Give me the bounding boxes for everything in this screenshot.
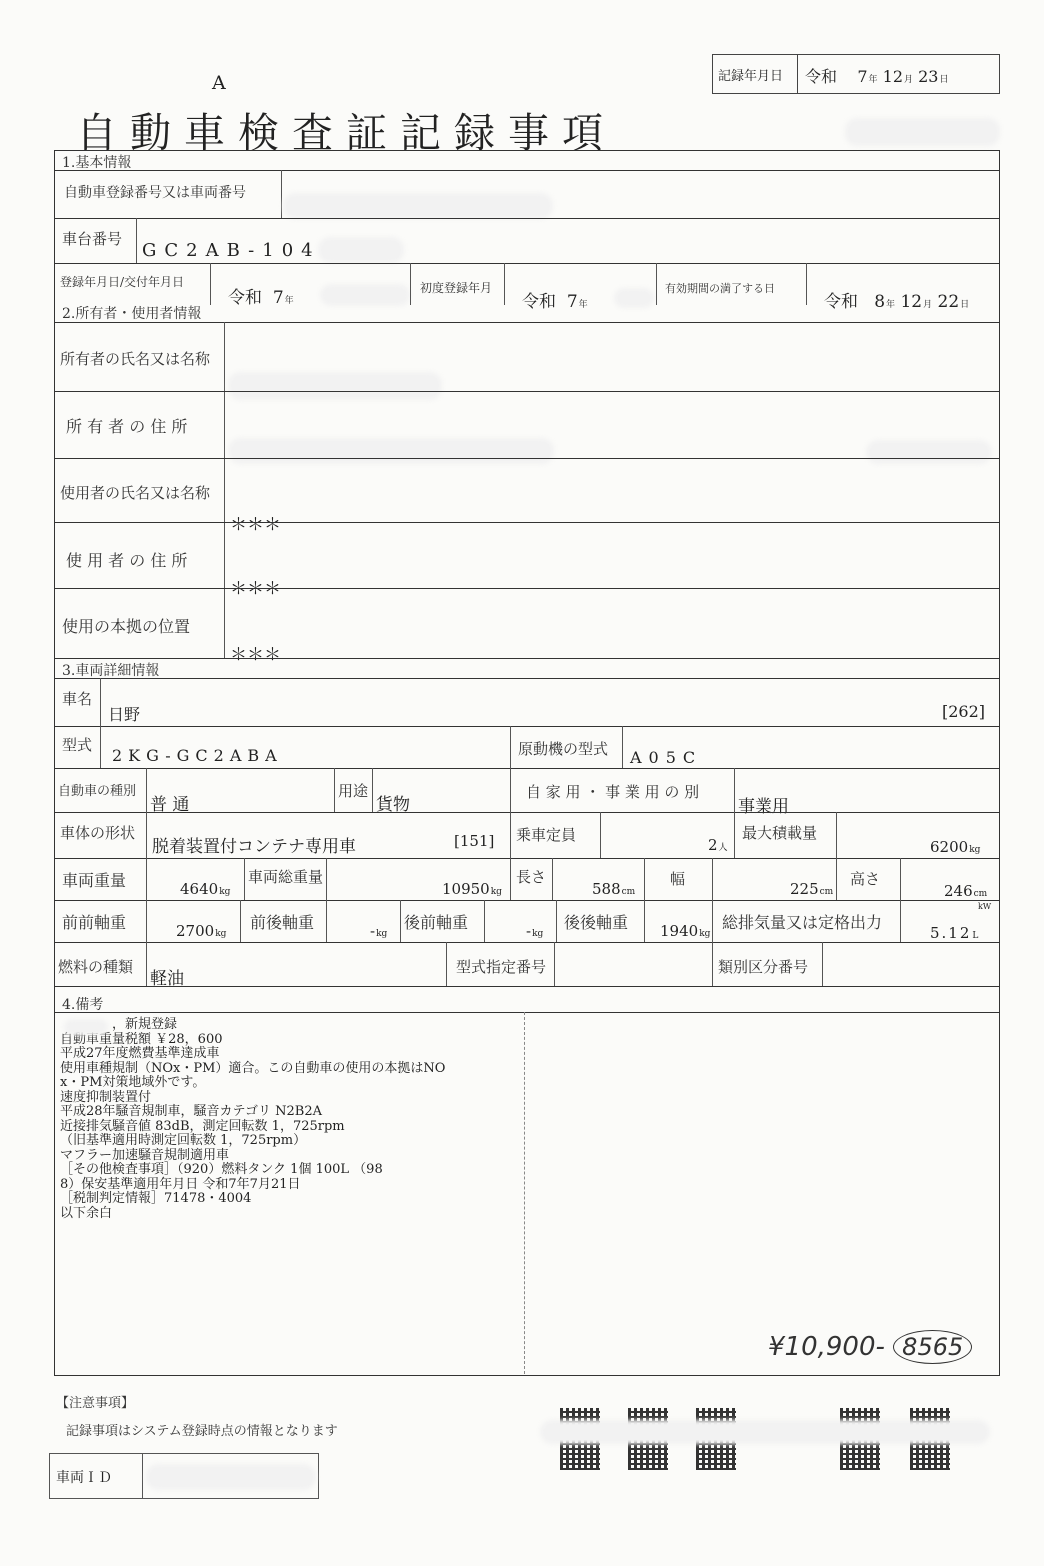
registration-date: 令和 7年 — [228, 283, 294, 308]
type-designation-label: 型式指定番号 — [456, 956, 546, 977]
notice-title: 【注意事項】 — [56, 1392, 134, 1411]
capacity: 2人 — [708, 836, 728, 854]
private-business-label: 自 家 用 ・ 事 業 用 の 別 — [526, 781, 699, 802]
remarks-line: ［税制判定情報］71478・4004 — [60, 1192, 525, 1207]
max-load-value: 6200 — [930, 838, 968, 856]
height-value: 246 — [944, 882, 973, 900]
body-shape-code: [151] — [454, 832, 494, 850]
first-registration-label: 初度登録年月 — [420, 279, 492, 296]
registration-number-redacted — [283, 193, 553, 219]
user-address-label: 使 用 者 の 住 所 — [66, 548, 187, 571]
owner-address-redacted-2 — [866, 440, 992, 464]
unit: 人 — [719, 843, 728, 853]
width-label: 幅 — [670, 868, 685, 889]
unit: 日 — [960, 300, 969, 310]
body-shape-label: 車体の形状 — [60, 822, 135, 843]
remarks-line: 平成28年騒音規制車，騒音カテゴリ N2B2A — [60, 1105, 525, 1120]
registration-number-label: 自動車登録番号又は車両番号 — [64, 182, 246, 202]
rr-axle-label: 後後軸重 — [564, 910, 628, 933]
fr-axle-label: 前後軸重 — [250, 910, 314, 933]
unit-kw: kW — [978, 902, 991, 911]
record-date-label: 記録年月日 — [718, 65, 783, 84]
gross-weight-value: 10950 — [442, 880, 490, 898]
unit: kg — [532, 929, 543, 939]
ff-axle-value: 2700 — [176, 922, 214, 940]
owner-address-redacted — [228, 438, 554, 464]
user-name-label: 使用者の氏名又は名称 — [60, 482, 210, 503]
handwritten-note: ¥10,900- 8565 — [768, 1330, 972, 1364]
qr-code — [696, 1440, 736, 1470]
fr-axle: -kg — [370, 922, 387, 940]
expiry-date: 令和 8年 12月 22日 — [824, 287, 969, 312]
remarks-line: マフラー加速騒音規制適用車 — [60, 1149, 525, 1164]
unit: kg — [215, 929, 226, 939]
record-date-value: 令和 7年 12月 23日 — [805, 64, 949, 87]
length-value: 588 — [592, 880, 621, 898]
owner-name-redacted — [228, 372, 442, 400]
unit: cm — [622, 887, 636, 897]
remarks-line: 使用車種規制（NOx・PM）適合。この自動車の使用の本拠はNO — [60, 1062, 525, 1077]
width-value: 225 — [790, 880, 819, 898]
qr-code — [560, 1440, 600, 1470]
remarks-line: 8）保安基準適用年月日 令和7年7月21日 — [60, 1178, 525, 1193]
car-name: 日野 — [108, 702, 140, 725]
year: 8 — [874, 292, 885, 312]
rr-axle: 1940kg — [660, 922, 710, 940]
era: 令和 — [805, 67, 837, 86]
displacement-value: 5.12 — [930, 924, 971, 942]
form-letter: A — [212, 72, 226, 94]
unit: 年 — [869, 75, 878, 85]
unit: kg — [969, 845, 980, 855]
section1-title: 1.基本情報 — [62, 152, 131, 172]
height-label: 高さ — [850, 868, 880, 889]
unit: 年 — [579, 300, 588, 310]
remarks-line: x・PM対策地域外です。 — [60, 1076, 525, 1091]
owner-name-label: 所有者の氏名又は名称 — [60, 348, 210, 369]
remarks-line: 平成27年度燃費基準達成車 — [60, 1047, 525, 1062]
unit: 月 — [904, 75, 913, 85]
length-label: 長さ — [516, 866, 546, 887]
expiry-label: 有効期間の満了する日 — [665, 280, 775, 296]
height: 246cm — [944, 882, 987, 900]
vehicle-weight: 4640kg — [180, 880, 230, 898]
qr-redacted — [540, 1420, 990, 1444]
first-registration-redacted — [614, 288, 654, 308]
model-label: 型式 — [62, 734, 92, 755]
first-registration-date: 令和 7年 — [522, 287, 588, 312]
chassis-number: GC2AB-104 — [142, 240, 321, 261]
chassis-number-redacted — [318, 237, 404, 263]
qr-code — [628, 1440, 668, 1470]
rf-axle: -kg — [526, 922, 543, 940]
year: 7 — [567, 292, 578, 312]
vehicle-type-label: 自動車の種別 — [58, 780, 136, 799]
record-date-box: 記録年月日 令和 7年 12月 23日 — [712, 54, 1000, 94]
unit: 年 — [886, 300, 895, 310]
engine-model-label: 原動機の型式 — [518, 738, 608, 759]
chassis-number-label: 車台番号 — [62, 228, 122, 249]
unit: kg — [491, 887, 502, 897]
vehicle-id-box: 車両ＩＤ — [49, 1453, 319, 1499]
notice-text: 記録事項はシステム登録時点の情報となります — [66, 1420, 338, 1439]
unit: cm — [820, 887, 834, 897]
user-address: ＊＊＊ — [230, 574, 281, 599]
displacement-label: 総排気量又は定格出力 — [722, 910, 882, 933]
body-shape: 脱着装置付コンテナ専用車 — [152, 832, 356, 857]
vehicle-id-redacted — [146, 1464, 316, 1490]
rf-axle-label: 後前軸重 — [404, 910, 468, 933]
remarks-line: 以下余白 — [60, 1207, 525, 1222]
owner-address-label: 所 有 者 の 住 所 — [66, 414, 187, 437]
unit: kg — [376, 929, 387, 939]
remarks-line: ［その他検査事項］（920）燃料タンク 1個 100L （98 — [60, 1163, 525, 1178]
fr-axle-value: - — [370, 922, 375, 940]
unit: kg — [699, 929, 710, 939]
usage-label: 用途 — [338, 780, 368, 801]
unit: 年 — [285, 296, 294, 306]
capacity-value: 2 — [708, 836, 718, 854]
unit: cm — [974, 889, 988, 899]
gross-weight: 10950kg — [442, 880, 502, 898]
unit: L — [972, 931, 980, 941]
day: 23 — [918, 67, 938, 86]
month: 12 — [883, 67, 903, 86]
registration-date-redacted — [320, 284, 410, 306]
era: 令和 — [824, 292, 858, 312]
era: 令和 — [522, 292, 556, 312]
vehicle-weight-value: 4640 — [180, 880, 218, 898]
max-load-label: 最大積載量 — [742, 822, 817, 843]
rf-axle-value: - — [526, 922, 531, 940]
fuel-label: 燃料の種類 — [58, 956, 133, 977]
length: 588cm — [592, 880, 635, 898]
ff-axle: 2700kg — [176, 922, 226, 940]
car-name-label: 車名 — [62, 688, 92, 709]
remarks-text: ，新規登録自動車重量税額 ￥28，600平成27年度燃費基準達成車使用車種規制（… — [60, 1018, 525, 1221]
month: 12 — [900, 292, 922, 312]
qr-code — [840, 1440, 880, 1470]
section4-title: 4.備考 — [62, 994, 103, 1014]
displacement: 5.12L — [930, 924, 980, 942]
remarks-line: （旧基準適用時測定回転数 1，725rpm） — [60, 1134, 525, 1149]
remarks-line: ，新規登録 — [60, 1018, 525, 1033]
rr-axle-value: 1940 — [660, 922, 698, 940]
year: 7 — [857, 67, 867, 86]
registration-date-label: 登録年月日/交付年月日 — [60, 273, 184, 290]
redacted-area — [845, 118, 1000, 146]
private-business: 事業用 — [738, 792, 789, 817]
vehicle-weight-label: 車両重量 — [62, 868, 126, 891]
category-number-label: 類別区分番号 — [718, 956, 808, 977]
remarks-redacted — [64, 1019, 108, 1035]
day: 22 — [938, 292, 960, 312]
ff-axle-label: 前前軸重 — [62, 910, 126, 933]
year: 7 — [273, 288, 284, 308]
gross-weight-label: 車両総重量 — [248, 866, 323, 887]
base-location-label: 使用の本拠の位置 — [62, 614, 190, 637]
width: 225cm — [790, 880, 833, 898]
capacity-label: 乗車定員 — [516, 824, 576, 845]
car-name-code: [262] — [942, 702, 985, 721]
remarks-line: 速度抑制装置付 — [60, 1091, 525, 1106]
handwritten-amount: ¥10,900- — [768, 1332, 885, 1362]
model: 2KG-GC2ABA — [112, 746, 283, 765]
remarks-line: 自動車重量税額 ￥28，600 — [60, 1033, 525, 1048]
qr-code — [910, 1440, 950, 1470]
era: 令和 — [228, 288, 262, 308]
handwritten-circled-number: 8565 — [893, 1330, 972, 1364]
remarks-line: 近接排気騒音値 83dB，測定回転数 1，725rpm — [60, 1120, 525, 1135]
engine-model: A05C — [630, 748, 702, 767]
unit: kg — [219, 887, 230, 897]
section3-title: 3.車両詳細情報 — [62, 660, 159, 680]
unit: 月 — [923, 300, 932, 310]
max-load: 6200kg — [930, 838, 980, 856]
section2-title: 2.所有者・使用者情報 — [62, 303, 201, 323]
unit: 日 — [939, 75, 948, 85]
vehicle-id-label: 車両ＩＤ — [56, 1467, 112, 1487]
base-location: ＊＊＊ — [230, 640, 281, 665]
